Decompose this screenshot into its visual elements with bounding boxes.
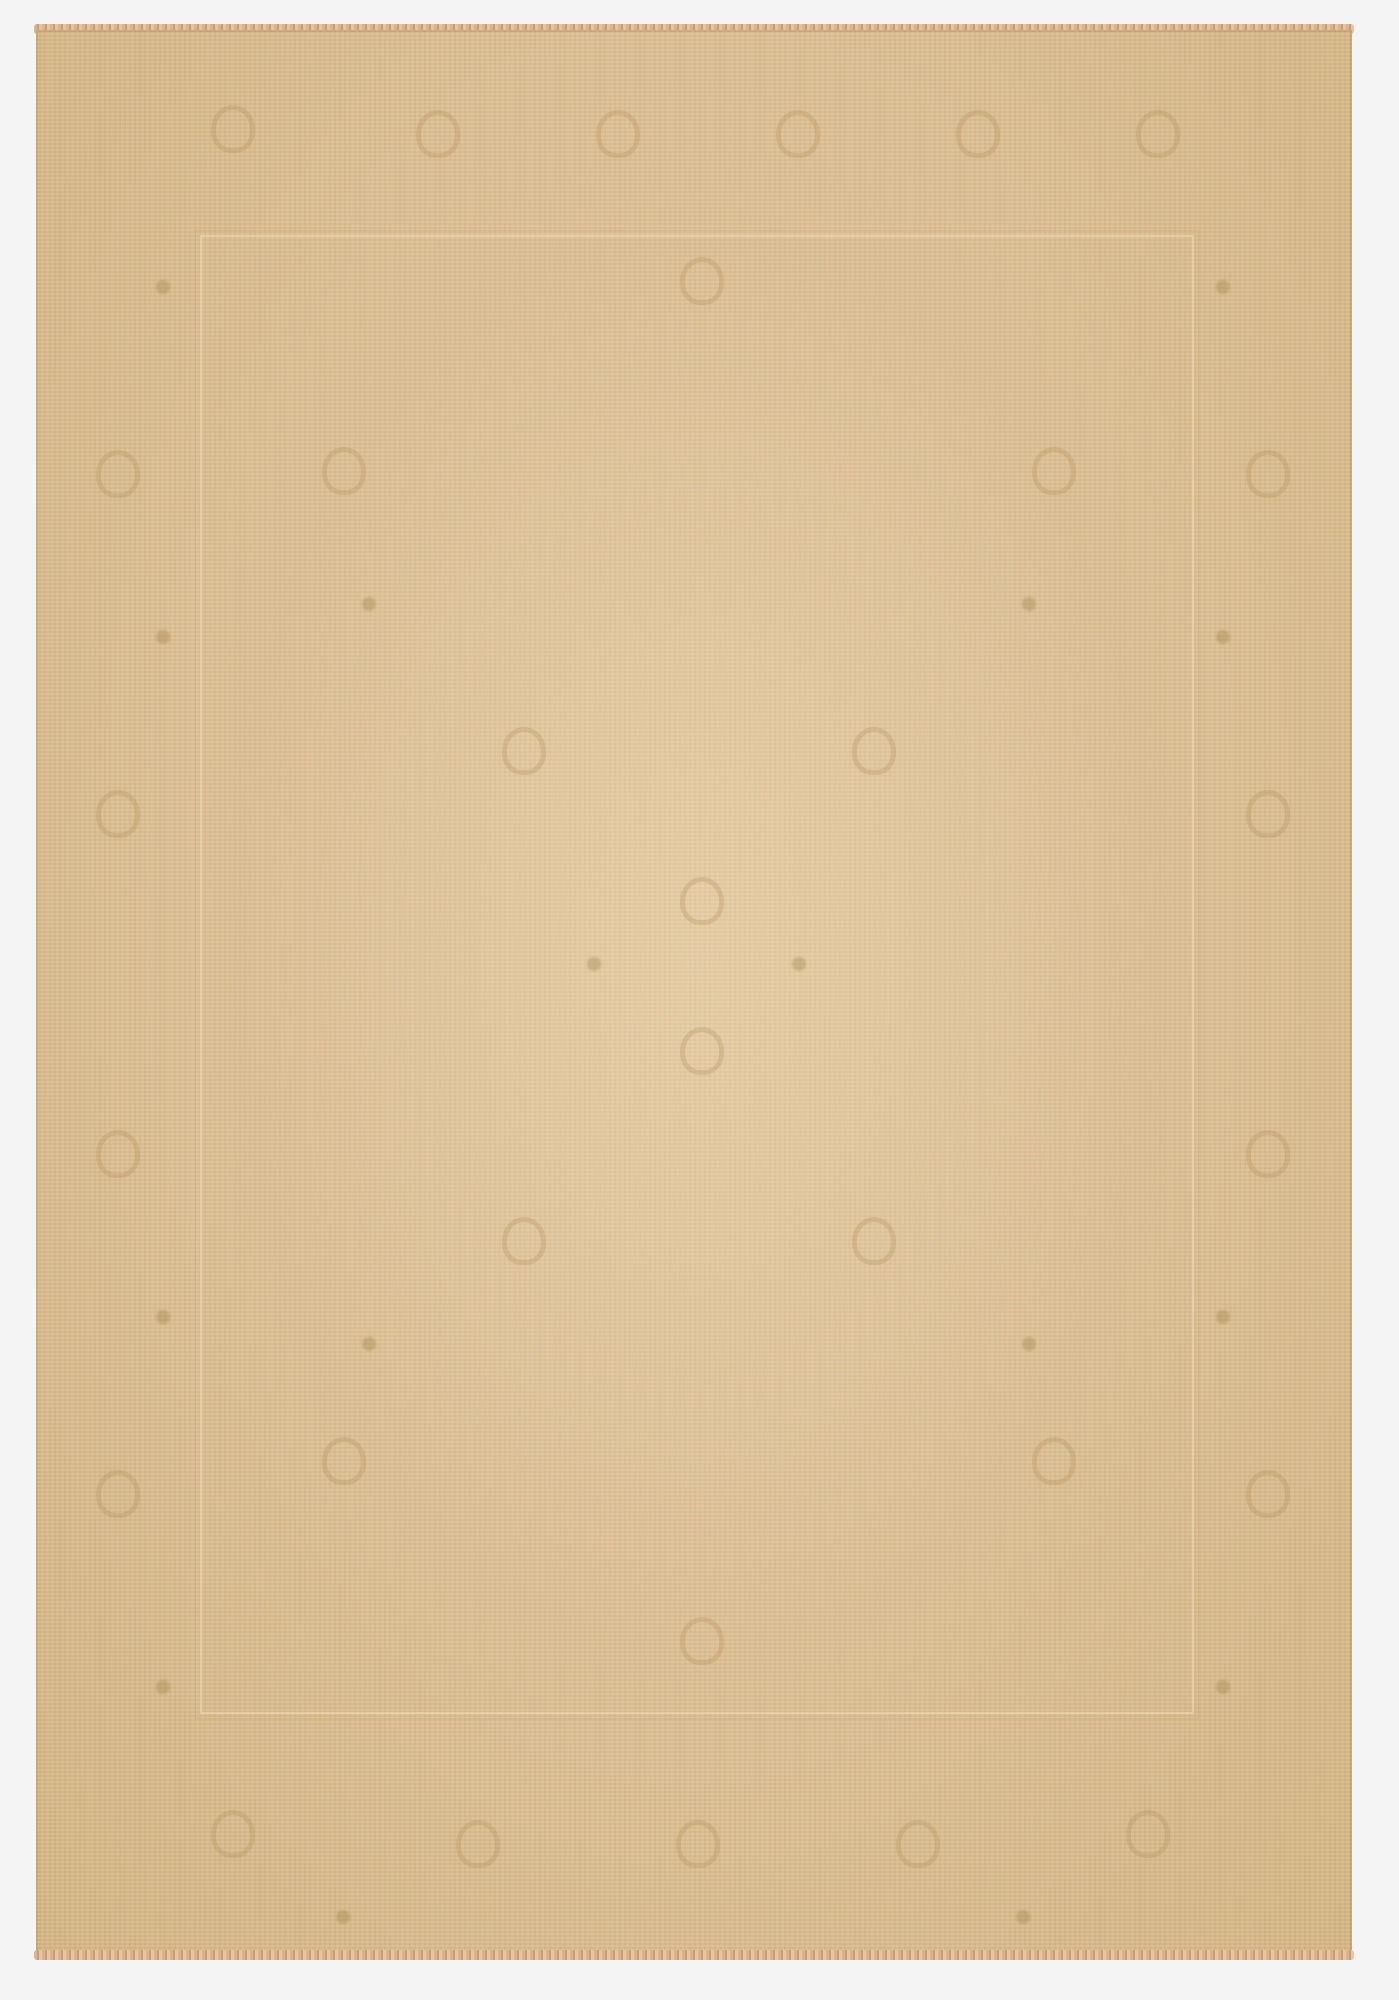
field-dot	[362, 1337, 376, 1351]
border-dot	[1216, 1680, 1230, 1694]
border-motif	[1136, 110, 1180, 158]
border-dot	[156, 1680, 170, 1694]
border-dot	[156, 1310, 170, 1324]
border-motif	[96, 790, 140, 838]
field-dot	[587, 957, 601, 971]
field-motif	[680, 1617, 724, 1665]
border-dot	[156, 280, 170, 294]
border-dot	[1216, 280, 1230, 294]
field-dot	[362, 597, 376, 611]
border-dot	[336, 1910, 350, 1924]
field-motif-center	[680, 1027, 724, 1075]
border-motif	[956, 110, 1000, 158]
field-motif	[852, 727, 896, 775]
border-dot	[1016, 1910, 1030, 1924]
field-dot	[1022, 597, 1036, 611]
border-motif	[776, 110, 820, 158]
field-motif	[1032, 1437, 1076, 1485]
border-motif	[896, 1820, 940, 1868]
field-motif	[852, 1217, 896, 1265]
border-motif	[1246, 1470, 1290, 1518]
rug-inner-field	[200, 235, 1194, 1714]
field-motif-center	[680, 877, 724, 925]
border-motif	[96, 1130, 140, 1178]
border-motif	[1246, 450, 1290, 498]
border-motif	[1126, 1810, 1170, 1858]
field-motif	[502, 1217, 546, 1265]
field-motif	[322, 447, 366, 495]
border-dot	[156, 630, 170, 644]
border-motif	[96, 450, 140, 498]
field-motif	[1032, 447, 1076, 495]
border-dot	[1216, 1310, 1230, 1324]
border-motif	[211, 105, 255, 153]
rug-bottom-fringe	[34, 1950, 1354, 1960]
field-dot	[1022, 1337, 1036, 1351]
field-motif	[322, 1437, 366, 1485]
field-dot	[792, 957, 806, 971]
border-motif	[211, 1810, 255, 1858]
border-motif	[596, 110, 640, 158]
border-motif	[456, 1820, 500, 1868]
border-motif	[676, 1820, 720, 1868]
border-motif	[96, 1470, 140, 1518]
border-dot	[1216, 630, 1230, 644]
field-motif	[680, 257, 724, 305]
border-motif	[1246, 1130, 1290, 1178]
border-motif	[416, 110, 460, 158]
border-motif	[1246, 790, 1290, 838]
field-motif	[502, 727, 546, 775]
